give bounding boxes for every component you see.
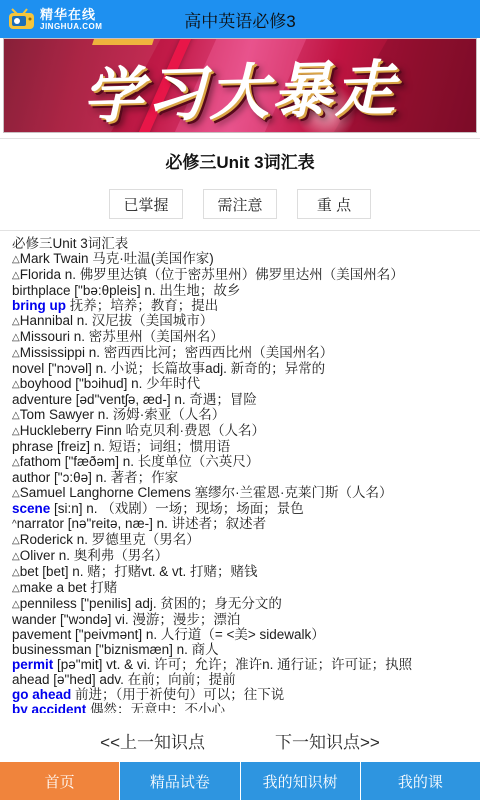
jinghua-logo[interactable]: 精华在线 JINGHUA.COM [0,0,102,38]
vocab-entry: birthplace ["bə:θpleis] n. 出生地；故乡 [12,283,480,298]
app-domain: JINGHUA.COM [40,23,102,31]
app-screen: 精华在线 JINGHUA.COM 高中英语必修3 学习大暴走 必修三Unit 3… [0,0,480,800]
vocab-marker: △ [12,583,20,594]
vocab-word: ahead [12,672,50,687]
vocab-entry: △fathom ["fæðəm] n. 长度单位（六英尺） [12,454,480,470]
vocab-word: Mark Twain [20,251,89,266]
vocab-definition: 塞缪尔·兰霍恩·克莱门斯（人名） [191,485,393,500]
vocab-word-link[interactable]: by accident [12,702,86,713]
vocab-entry: novel ["nɔvəl] n. 小说；长篇故事adj. 新奇的；异常的 [12,361,480,376]
vocab-entry: △Tom Sawyer n. 汤姆·索亚（人名） [12,407,480,423]
vocab-word-link[interactable]: permit [12,657,53,672]
vocab-entry: △Roderick n. 罗德里克（男名） [12,532,480,548]
next-knowledge-point-button[interactable]: 下一知识点>> [275,728,380,753]
vocab-entry: ahead [ə"hed] adv. 在前；向前；提前 [12,672,480,687]
vocab-marker: △ [12,254,20,265]
vocab-word: Tom Sawyer [20,407,94,422]
vocab-definition: 抚养；培养；教育；提出 [66,298,218,313]
vocab-entry: △Oliver n. 奥利弗（男名） [12,548,480,564]
vocab-entry: △penniless ["penilis] adj. 贫困的；身无分文的 [12,596,480,612]
promo-banner[interactable]: 学习大暴走 [3,38,477,133]
vocab-entry: △Missouri n. 密苏里州（美国州名） [12,329,480,345]
vocab-marker: △ [12,426,20,437]
vocab-entry: bring up 抚养；培养；教育；提出 [12,298,480,313]
vocab-definition: n. 汤姆·索亚（人名） [94,407,225,422]
vocab-marker: △ [12,599,20,610]
vocab-word: fathom [20,454,61,469]
vocab-definition: ["nɔvəl] n. 小说；长篇故事adj. 新奇的；异常的 [44,361,325,376]
vocab-word-link[interactable]: bring up [12,298,66,313]
banner-decor-fragment [92,38,156,45]
vocab-definition: [ə"hed] adv. 在前；向前；提前 [50,672,236,687]
vocab-definition: ["bɔihud] n. 少年时代 [72,376,201,391]
vocab-word: author [12,470,50,485]
vocab-definition: ["ɔ:θə] n. 著者；作家 [50,470,178,485]
vocab-entry: author ["ɔ:θə] n. 著者；作家 [12,470,480,485]
vocab-marker: △ [12,457,20,468]
vocab-definition: 偶然；无意中；不小心 [86,702,225,713]
banner-headline: 学习大暴走 [3,39,477,133]
tab-knowledge-tree[interactable]: 我的知识树 [241,762,360,800]
filter-button-row: 已掌握需注意重 点 [0,189,480,219]
vocab-word: Mississippi [20,345,85,360]
vocab-marker: △ [12,535,20,546]
vocab-word: boyhood [20,376,72,391]
knowledge-point-pager: <<上一知识点 下一知识点>> [0,728,480,753]
vocab-word: narrator [17,516,64,531]
vocab-entry: ^narrator [nə"reitə, næ-] n. 讲述者；叙述者 [12,516,480,532]
vocab-entry: scene [si:n] n. （戏剧）一场；现场；场面；景色 [12,501,480,516]
vocab-word: Missouri [20,329,70,344]
vocab-entry: wander ["wɔndə] vi. 漫游；漫步；漂泊 [12,612,480,627]
vocab-marker: △ [12,410,20,421]
vocab-definition: ["peivmənt] n. 人行道（= <美> sidewalk） [71,627,325,642]
vocab-marker: △ [12,488,20,499]
vocab-word: Huckleberry Finn [20,423,122,438]
vocab-entry: △bet [bet] n. 赌；打赌vt. & vt. 打赌；赌钱 [12,564,480,580]
vocab-word: adventure [12,392,72,407]
tab-home[interactable]: 首页 [0,762,119,800]
vocab-word: birthplace [12,283,71,298]
vocab-word-link[interactable]: scene [12,501,50,516]
vocab-entry: △Florida n. 佛罗里达镇（位于密苏里州）佛罗里达州（美国州名） [12,267,480,283]
vocab-word: phrase [12,439,53,454]
vocab-entry: △Hannibal n. 汉尼拔（美国城市） [12,313,480,329]
vocab-list-title: 必修三Unit 3词汇表 [12,236,480,251]
vocab-definition: 哈克贝利·费恩（人名） [122,423,265,438]
vocab-definition: ["penilis] adj. 贫困的；身无分文的 [77,596,282,611]
vocab-marker: △ [12,379,20,390]
vocab-word: Florida [20,267,61,282]
vocab-word: businessman [12,642,92,657]
vocab-definition: n. 密西西比河；密西西比州（美国州名） [85,345,333,360]
vocab-marker: △ [12,551,20,562]
vocab-definition: n. 佛罗里达镇（位于密苏里州）佛罗里达州（美国州名） [61,267,404,282]
vocab-marker: △ [12,348,20,359]
vocab-entry: △Mississippi n. 密西西比河；密西西比州（美国州名） [12,345,480,361]
vocab-entry: △Mark Twain 马克·吐温(美国作家) [12,251,480,267]
vocab-word: penniless [20,596,77,611]
vocab-marker: △ [12,316,20,327]
vocab-definition: n. 奥利弗（男名） [55,548,168,563]
vocab-word: wander [12,612,56,627]
vocab-definition: 前进；（用于祈使句）可以；往下说 [71,687,284,702]
vocab-word: bet [20,564,39,579]
vocab-definition: n. 密苏里州（美国州名） [70,329,224,344]
app-name: 精华在线 [40,8,102,21]
vocab-entry: phrase [freiz] n. 短语；词组；惯用语 [12,439,480,454]
vocab-word: pavement [12,627,71,642]
filter-button-1[interactable]: 需注意 [203,189,277,219]
vocab-entry: by accident 偶然；无意中；不小心 [12,702,480,713]
tab-exam-papers[interactable]: 精品试卷 [120,762,239,800]
filter-button-0[interactable]: 已掌握 [109,189,183,219]
vocab-word: Oliver [20,548,55,563]
header-bar: 精华在线 JINGHUA.COM 高中英语必修3 [0,0,480,38]
vocab-word-link[interactable]: go ahead [12,687,71,702]
vocab-definition: [freiz] n. 短语；词组；惯用语 [53,439,230,454]
vocab-definition: ["wɔndə] vi. 漫游；漫步；漂泊 [56,612,240,627]
vocab-definition: n. 罗德里克（男名） [73,532,200,547]
vocab-word: novel [12,361,44,376]
vocab-entry: go ahead 前进；（用于祈使句）可以；往下说 [12,687,480,702]
vocab-definition: [si:n] n. （戏剧）一场；现场；场面；景色 [50,501,304,516]
vocab-entry: △Huckleberry Finn 哈克贝利·费恩（人名） [12,423,480,439]
vocab-definition: ["bə:θpleis] n. 出生地；故乡 [71,283,241,298]
vocab-entry: businessman ["biznismæn] n. 商人 [12,642,480,657]
tab-my-courses[interactable]: 我的课 [361,762,480,800]
vocab-list: 必修三Unit 3词汇表 △Mark Twain 马克·吐温(美国作家)△Flo… [0,231,480,713]
vocab-word: Roderick [20,532,73,547]
vocab-entry: △Samuel Langhorne Clemens 塞缪尔·兰霍恩·克莱门斯（人… [12,485,480,501]
vocab-marker: △ [12,332,20,343]
spacer [0,713,480,728]
divider [0,138,480,139]
vocab-definition: 马克·吐温(美国作家) [88,251,213,266]
section-title: 必修三Unit 3词汇表 [0,148,480,173]
filter-button-2[interactable]: 重 点 [297,189,371,219]
vocab-definition: [nə"reitə, næ-] n. 讲述者；叙述者 [64,516,266,531]
vocab-entry: △boyhood ["bɔihud] n. 少年时代 [12,376,480,392]
vocab-marker: △ [12,567,20,578]
vocab-definition: [əd"ventʃə, æd-] n. 奇遇；冒险 [72,392,257,407]
vocab-definition: ["fæðəm] n. 长度单位（六英尺） [61,454,259,469]
bottom-tab-bar: 首页精品试卷我的知识树我的课 [0,762,480,800]
vocab-marker: △ [12,270,20,281]
tv-logo-icon [8,8,35,30]
vocab-definition: 打赌 [87,580,118,595]
prev-knowledge-point-button[interactable]: <<上一知识点 [100,728,205,753]
vocab-definition: ["biznismæn] n. 商人 [92,642,219,657]
vocab-definition: [bet] n. 赌；打赌vt. & vt. 打赌；赌钱 [38,564,257,579]
vocab-definition: [pə"mit] vt. & vi. 许可；允许；准许n. 通行证；许可证；执照 [53,657,412,672]
vocab-word: make a bet [20,580,87,595]
vocab-word: Samuel Langhorne Clemens [20,485,191,500]
vocab-entry: adventure [əd"ventʃə, æd-] n. 奇遇；冒险 [12,392,480,407]
vocab-entry: △make a bet 打赌 [12,580,480,596]
vocab-entry: pavement ["peivmənt] n. 人行道（= <美> sidewa… [12,627,480,642]
vocab-definition: n. 汉尼拔（美国城市） [73,313,213,328]
vocab-word: Hannibal [20,313,73,328]
vocab-entry: permit [pə"mit] vt. & vi. 许可；允许；准许n. 通行证… [12,657,480,672]
